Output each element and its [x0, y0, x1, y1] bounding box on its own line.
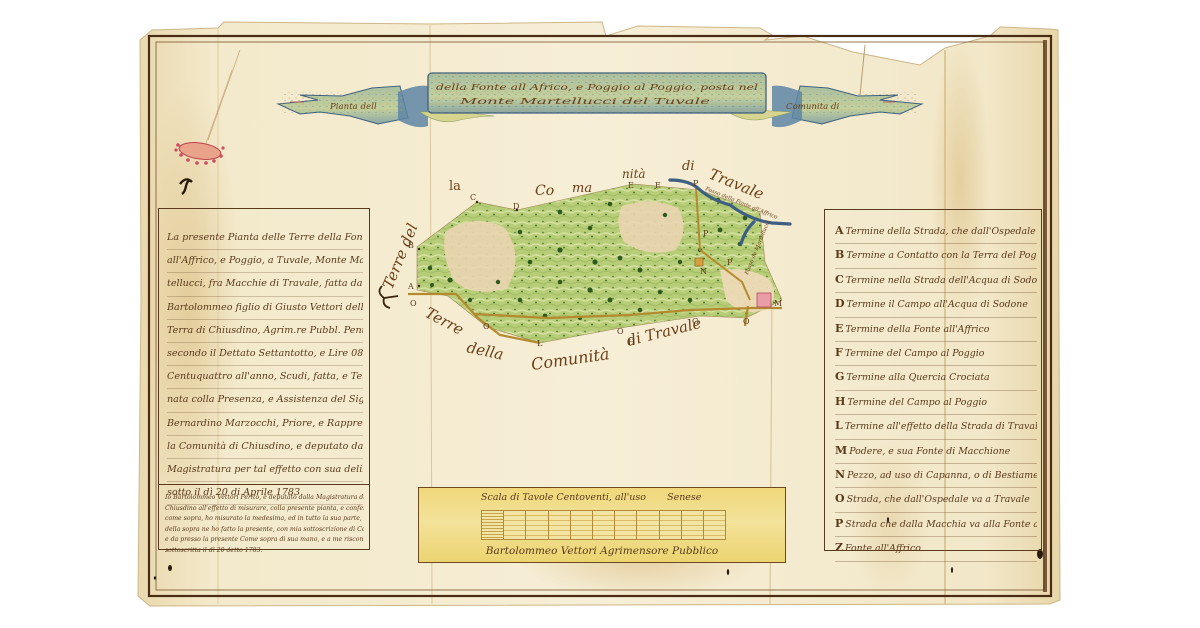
- scale-segment: [592, 510, 614, 540]
- svg-text:E: E: [628, 181, 634, 190]
- svg-text:C: C: [470, 193, 476, 202]
- scale-segment: [659, 510, 681, 540]
- svg-text:B: B: [408, 241, 414, 250]
- svg-text:H: H: [628, 338, 635, 347]
- legend-item: GTermine alla Quercia Crociata: [835, 366, 1037, 390]
- svg-text:P: P: [703, 229, 709, 238]
- svg-text:O: O: [743, 317, 750, 326]
- scale-segment: [481, 510, 503, 540]
- description-line: Bernardino Marzocchi, Priore, e Rapprese…: [167, 413, 363, 436]
- svg-text:Comunita di: Comunita di: [786, 102, 840, 112]
- note-line: della sopra ne ho fatto la presente, con…: [165, 525, 364, 536]
- svg-text:G: G: [692, 317, 698, 326]
- description-line: Centuquattro all'anno, Scudi, fatta, e T…: [167, 366, 363, 389]
- building-m-icon: [757, 293, 771, 307]
- svg-text:O: O: [617, 327, 624, 336]
- description-line: secondo il Dettato Settantotto, e Lire 0…: [167, 343, 363, 366]
- description-line: Terra di Chiusdino, Agrim.re Pubbl. Pent…: [167, 320, 363, 343]
- legend-item: NPezzo, ad uso di Capanna, o di Bestiame: [835, 464, 1037, 488]
- description-line: la Comunità di Chiusdino, e deputato dal…: [167, 436, 363, 459]
- svg-text:la: la: [449, 179, 461, 194]
- svg-text:O: O: [483, 322, 490, 331]
- scale-segment: [525, 510, 547, 540]
- description-line: La presente Pianta delle Terre della Fon…: [167, 227, 363, 250]
- note-line: come sopra, ho misurato la medesima, ed …: [165, 514, 364, 525]
- svg-text:A: A: [407, 282, 414, 291]
- legend-item: FTermine del Campo al Poggio: [835, 342, 1037, 366]
- svg-text:di: di: [682, 159, 694, 174]
- svg-text:P: P: [727, 258, 733, 267]
- scale-cartouche: Scala di Tavole Centoventi, all'uso Sene…: [418, 487, 786, 563]
- svg-text:ma: ma: [572, 181, 592, 196]
- map-sheet: Pianta dell della Fonte all Africo, e Po…: [0, 0, 1200, 628]
- description-line: all'Affrico, e Poggio, a Tuvale, Monte M…: [167, 250, 363, 273]
- svg-text:nità: nità: [622, 167, 646, 181]
- scale-segment: [570, 510, 592, 540]
- svg-text:N: N: [700, 267, 707, 276]
- surveyor-signature: Bartolommeo Vettori Agrimensore Pubblico: [419, 545, 785, 557]
- note-line: e da presso la presente Come sopra di su…: [165, 535, 364, 546]
- description-line: nata colla Presenza, e Assistenza del Si…: [167, 389, 363, 412]
- note-line: Chiusdino all'effetto di misurare, colla…: [165, 504, 364, 515]
- scale-segment: [636, 510, 658, 540]
- building-n-icon: [695, 258, 703, 266]
- scale-segment: [681, 510, 703, 540]
- certification-note: Io Bartolommeo Vettori Perito, e deputat…: [159, 484, 369, 557]
- scale-segment: [703, 510, 726, 540]
- legend-item: CTermine nella Strada dell'Acqua di Sodo…: [835, 269, 1037, 293]
- svg-text:E: E: [655, 181, 661, 190]
- legend-item: HTermine del Campo al Poggio: [835, 391, 1037, 415]
- svg-text:D: D: [513, 202, 519, 211]
- note-line: Io Bartolommeo Vettori Perito, e deputat…: [165, 493, 364, 504]
- legend-panel: ATermine della Strada, che dall'Ospedale…: [824, 209, 1042, 551]
- svg-text:della Fonte all Africo, e Pogg: della Fonte all Africo, e Poggio al Pogg…: [436, 83, 758, 93]
- legend-item: ETermine della Fonte all'Affrico: [835, 318, 1037, 342]
- description-line: Magistratura per tal effetto con sua del…: [167, 459, 363, 482]
- svg-text:O: O: [410, 299, 417, 308]
- description-line: tellucci, fra Macchie di Travale, fatta …: [167, 273, 363, 296]
- scale-segment: [614, 510, 636, 540]
- legend-item: OStrada, che dall'Ospedale va a Travale: [835, 488, 1037, 512]
- svg-text:M: M: [774, 299, 782, 308]
- legend-item: ZFonte all'Affrico: [835, 537, 1037, 561]
- legend-item: LTermine all'effetto della Strada di Tra…: [835, 415, 1037, 439]
- legend-item: BTermine a Contatto con la Terra del Pog…: [835, 244, 1037, 268]
- legend-item: PStrada che dalla Macchia va alla Fonte …: [835, 513, 1037, 537]
- svg-text:Pianta dell: Pianta dell: [329, 102, 377, 112]
- description-line: Bartolommeo figlio di Giusto Vettori del…: [167, 297, 363, 320]
- svg-text:Monte Martellucci del Tuvale: Monte Martellucci del Tuvale: [458, 97, 710, 107]
- svg-text:Co: Co: [535, 183, 554, 199]
- svg-text:P: P: [693, 179, 699, 188]
- scale-bar: [481, 510, 726, 540]
- legend-item: DTermine il Campo all'Acqua di Sodone: [835, 293, 1037, 317]
- svg-text:L: L: [537, 339, 543, 348]
- note-line: sottoscritta il dì 20 detto 1783.: [165, 546, 364, 557]
- legend-item: ATermine della Strada, che dall'Ospedale…: [835, 220, 1037, 244]
- scale-segment: [548, 510, 570, 540]
- description-panel: La presente Pianta delle Terre della Fon…: [158, 208, 370, 550]
- scale-segment: [503, 510, 525, 540]
- scale-title: Scala di Tavole Centoventi, all'uso Sene…: [481, 492, 701, 503]
- legend-item: MPodere, e sua Fonte di Macchione: [835, 440, 1037, 464]
